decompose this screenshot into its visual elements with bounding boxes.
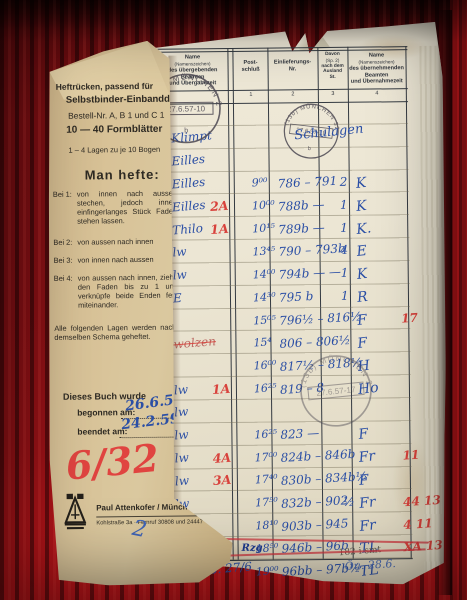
instruction-label: Bei 2:	[53, 238, 74, 247]
ink-note: Rzg	[242, 543, 256, 554]
handwritten-count: 1	[340, 220, 356, 234]
red-mark	[212, 411, 240, 413]
handwritten-time: 16²⁵	[254, 427, 281, 442]
red-annotation	[401, 341, 410, 342]
red-annotation: 11	[402, 448, 420, 463]
instruction-label: Bei 4:	[54, 274, 75, 310]
cover-title-line: 1 – 4 Lagen zu je 10 Bogen	[68, 145, 160, 155]
table-row: lw 17⁵⁰ 832b – 902 ½ Fr 44 13	[162, 489, 412, 514]
handwritten-initial: Fr	[359, 514, 405, 535]
handwritten-initial: K	[356, 262, 402, 283]
table-row: wolzen 15⁴ 806 – 806½ F	[160, 330, 410, 355]
red-mark: 1A	[210, 220, 239, 237]
handwritten-number-range: 788b —	[278, 196, 341, 213]
handwritten-time: 9⁰⁰	[251, 175, 278, 190]
red-annotation	[403, 478, 412, 479]
handwritten-count: 2	[340, 175, 356, 189]
red-mark	[211, 296, 239, 298]
red-annotation	[402, 432, 411, 433]
handwritten-initial: Fr	[358, 445, 404, 466]
handwritten-initial: K.	[355, 217, 401, 238]
handwritten-initial: F	[356, 308, 402, 329]
red-mark	[211, 319, 239, 321]
red-annotation	[400, 227, 409, 228]
red-mark: 2A	[210, 198, 239, 215]
red-annotation	[400, 158, 409, 159]
handwritten-number-range: 830b – 834b½	[281, 470, 344, 487]
red-annotation	[401, 272, 410, 273]
instruction-label: Bei 1:	[53, 190, 74, 226]
column-header-uebernehmender: Name (Namenszeichen) des übernehmenden B…	[348, 52, 404, 86]
handwritten-initial	[356, 156, 400, 161]
handwritten-number-range: 786 – 791	[277, 173, 340, 190]
instruction-text: von aussen nach innen	[77, 237, 153, 247]
cover-title-line: Bestell-Nr. A, B 1 und C 1	[68, 110, 164, 121]
red-inventory-number: 6/32	[64, 435, 161, 489]
publisher-address: Kohlstraße 3a · Fernruf 30808 und 24447	[96, 519, 203, 526]
cover-note: Alle folgenden Lagen werden nach demselb…	[54, 323, 176, 342]
handwritten-number-range: 806 – 806½	[279, 333, 342, 350]
svg-text:b: b	[184, 127, 188, 134]
handwritten-initial: Fr	[358, 491, 404, 512]
publisher-divider	[96, 515, 198, 517]
red-mark	[212, 433, 240, 435]
red-mark: 1A	[211, 380, 240, 397]
table-row: lw 3A 17⁴⁰ 830b – 834b½ F	[162, 467, 412, 492]
paper-group: Name (Namenszeichen) des übergebenden Be…	[0, 0, 467, 600]
red-mark	[210, 159, 238, 161]
table-row: 15⁰⁵ 796½ – 816½ F 17	[160, 307, 410, 332]
handwritten-time: 15⁰⁵	[253, 312, 280, 327]
table-row: E 14³⁰ 795 b 1 R	[160, 284, 410, 309]
svg-text:b: b	[307, 146, 311, 152]
handwritten-time: 10¹⁵	[252, 221, 279, 236]
handwritten-number-range: 832b – 902	[281, 493, 344, 510]
column-header-einlieferungs-nr: Einlieferungs- Nr.	[268, 59, 316, 73]
instruction-item: Bei 4: von aussen nach innen, ziehe den …	[54, 273, 178, 310]
page-edge-shadow	[436, 10, 452, 595]
handwritten-number-range: 824b – 846b	[280, 448, 343, 465]
red-mark	[211, 251, 239, 253]
handwritten-initial: K	[355, 171, 401, 192]
table-row: lw 4A 17⁰⁰ 824b – 846b Fr 11	[162, 444, 412, 469]
handwritten-number-range: 794b — —	[278, 265, 341, 282]
table-row: Thilo 1A 10¹⁵ 789b — 1 K.	[159, 215, 409, 240]
handwritten-number-range: 903b – 945	[281, 516, 344, 533]
red-annotation	[402, 364, 411, 365]
handwritten-time: 17⁵⁰	[255, 495, 282, 510]
handwritten-number-range: 789b —	[278, 219, 341, 236]
column-number: 2	[269, 91, 317, 98]
table-row: Eilles 9⁰⁰ 786 – 791 2 K	[159, 170, 409, 195]
table-row: lw 14⁰⁰ 794b — — 1 K	[160, 261, 410, 286]
red-mark	[210, 182, 238, 184]
handwritten-count: 1	[341, 266, 357, 280]
instruction-text: von aussen nach innen, ziehe den Faden b…	[78, 273, 178, 310]
handwritten-initial: K	[355, 194, 401, 215]
publisher-logo-icon	[62, 492, 88, 530]
handwritten-time: 15⁴	[253, 335, 280, 350]
handwritten-time: 17⁰⁰	[254, 449, 281, 464]
red-annotation	[400, 181, 409, 182]
handwritten-number-range: 795 b	[279, 288, 342, 305]
handwritten-initial: R	[356, 285, 402, 306]
postmark-stamp-faint: (13b) MÜNCHEN 2 27.6.57-17	[293, 348, 378, 433]
red-annotation: 17	[401, 311, 419, 326]
handwritten-time	[254, 410, 280, 412]
instruction-item: Bei 1: von innen nach aussen stechen, je…	[53, 189, 177, 226]
handwritten-time: 17⁴⁰	[254, 472, 281, 487]
red-mark: 3A	[212, 472, 241, 489]
red-mark	[211, 274, 239, 276]
handwritten-rows: Klimpt Eilles	[158, 101, 413, 583]
handwritten-count: 1	[340, 198, 356, 212]
red-annotation	[400, 249, 409, 250]
instruction-item: Bei 3: von innen nach aussen	[54, 255, 178, 265]
handwritten-initial	[355, 110, 399, 115]
handwritten-initial: E	[356, 239, 402, 260]
handwritten-time: 19⁰⁰	[255, 564, 282, 579]
red-annotation	[402, 409, 411, 410]
column-number: 4	[349, 90, 405, 97]
section-title: Man hefte:	[85, 167, 160, 183]
red-annotation	[399, 112, 408, 113]
red-annotation: 4 11	[403, 516, 433, 532]
handwritten-number-range: 796½ – 816½	[279, 311, 342, 328]
handwritten-time: 13⁴⁵	[252, 244, 279, 259]
handwritten-time	[252, 159, 278, 161]
red-mark	[212, 365, 240, 367]
column-header-postschluss: Post- schluß	[234, 60, 266, 74]
red-annotation	[401, 295, 410, 296]
column-number: 1	[235, 92, 267, 98]
red-annotation	[399, 135, 408, 136]
table-row: Eilles 2A 10⁰⁰ 788b — 1 K	[159, 193, 409, 218]
handwritten-time	[251, 113, 277, 115]
column-number: 3	[319, 91, 347, 97]
handwritten-number-range: 96bb – 97b½	[282, 562, 345, 579]
handwritten-count: 1	[341, 289, 357, 303]
instruction-text: von innen nach aussen	[78, 255, 154, 265]
cover-title-line: 10 — 40 Formblätter	[66, 124, 162, 136]
cover-title-line: Heftrücken, passend für	[56, 81, 153, 92]
handwritten-time: 14⁰⁰	[252, 267, 279, 282]
instruction-label: Bei 3:	[54, 256, 75, 265]
red-mark: 4A	[212, 449, 241, 466]
handwritten-time: 14³⁰	[253, 290, 280, 305]
red-mark	[213, 525, 241, 527]
handwritten-time: 16⁰⁰	[253, 358, 280, 373]
red-annotation	[400, 204, 409, 205]
instruction-item: Bei 2: von aussen nach innen	[53, 237, 177, 247]
binding-instructions: Bei 1: von innen nach aussen stechen, je…	[53, 189, 179, 342]
table-row: lw 13⁴⁵ 790 – 793b 4 E	[159, 238, 409, 263]
handwritten-time	[251, 136, 277, 138]
red-mark	[213, 502, 241, 504]
photo-of-ledger-cover: Name (Namenszeichen) des übergebenden Be…	[0, 0, 467, 600]
handwritten-time: 10⁰⁰	[252, 198, 279, 213]
red-annotation	[402, 386, 411, 387]
column-header-ausland: Davon (Sp. 2) nach dem Ausland St.	[318, 52, 346, 81]
red-annotation	[404, 569, 413, 570]
instruction-text: von innen nach aussen stechen, jedoch in…	[77, 189, 177, 226]
ended-label: beendet am:	[77, 426, 127, 437]
handwritten-number-range: 790 – 793b	[278, 242, 341, 259]
handwritten-time: 18¹⁰	[255, 518, 282, 533]
handwritten-time: 16²⁵	[254, 381, 281, 396]
